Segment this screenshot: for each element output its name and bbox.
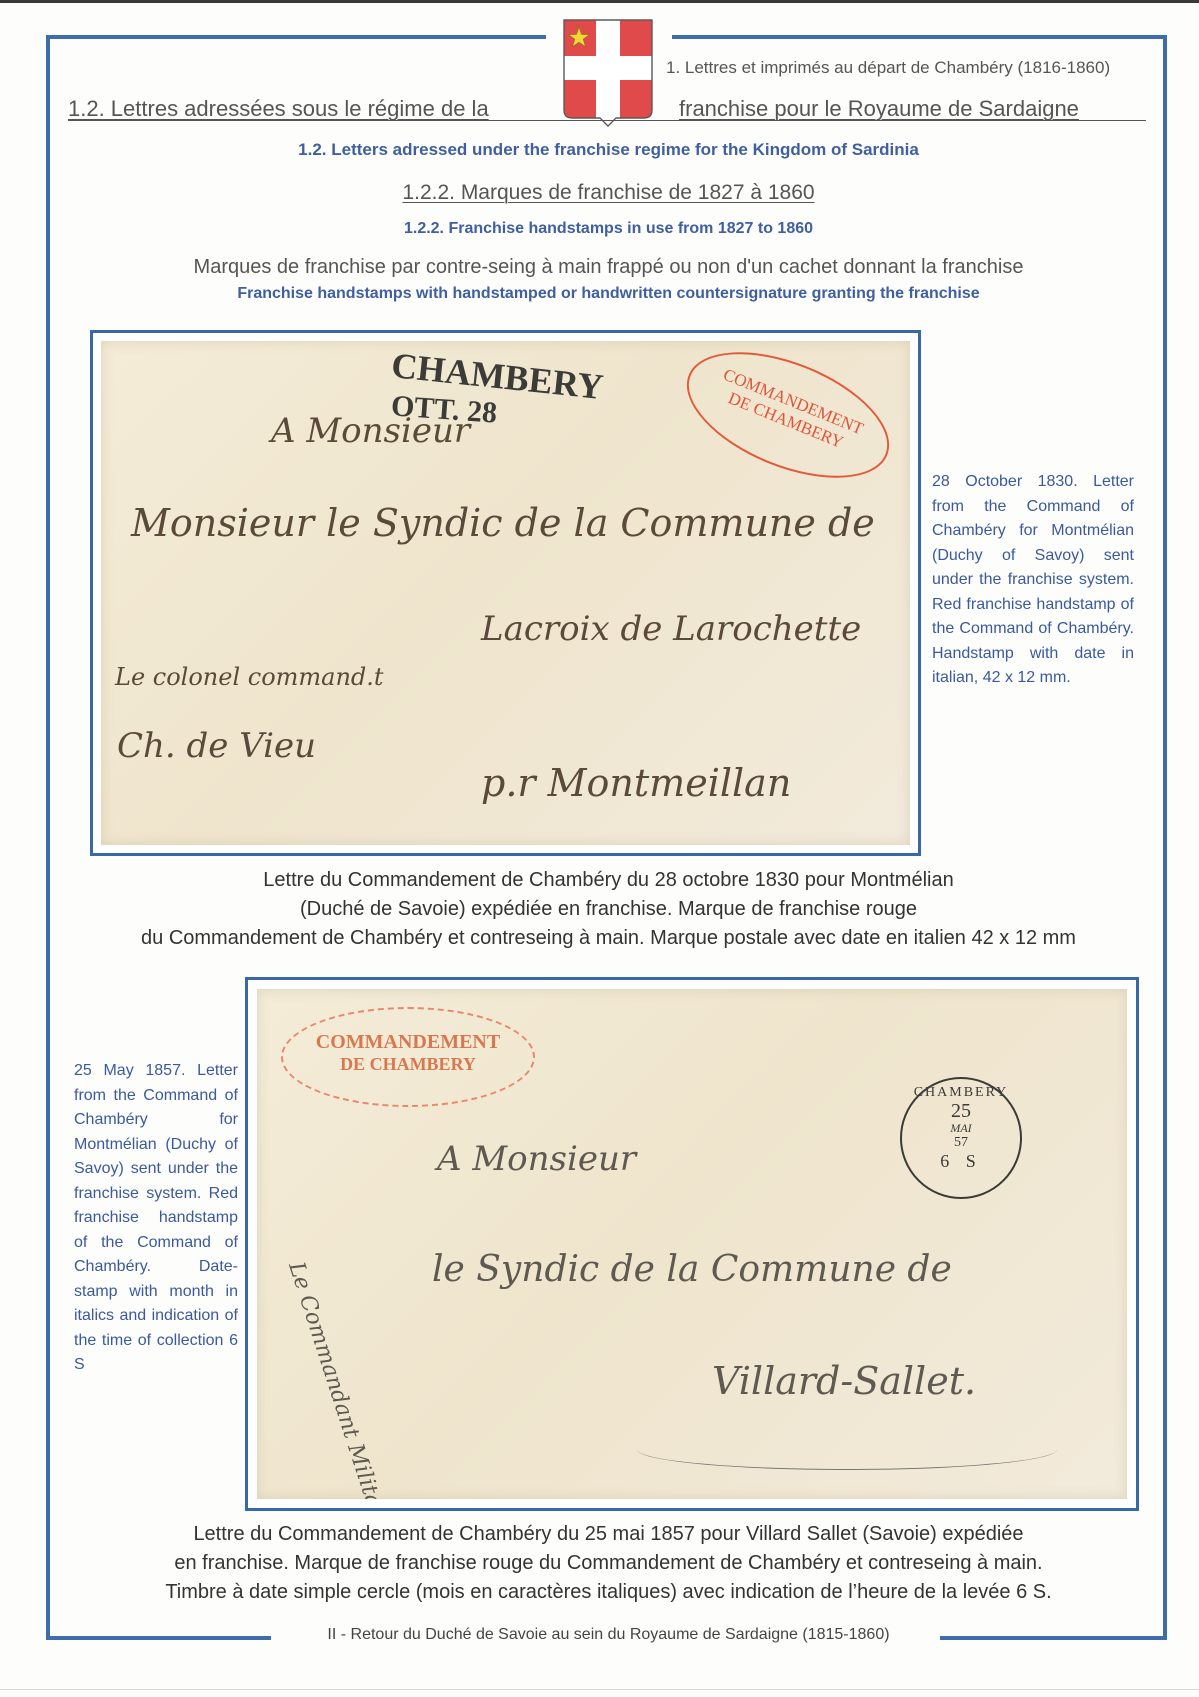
address-line: Villard-Sallet. <box>712 1359 976 1403</box>
caption-line: en franchise. Marque de franchise rouge … <box>18 1549 1199 1578</box>
subsection-title-fr: 1.2.2. Marques de franchise de 1827 à 18… <box>0 181 1199 205</box>
address-line: p.r Montmeillan <box>481 761 791 805</box>
address-line: A Monsieur <box>437 1139 636 1179</box>
franchise-stamp-line1: COMMANDEMENT <box>283 1031 533 1054</box>
countersignature-line: Le Commandant Militaire <box>283 1259 395 1499</box>
datestamp-circle: CHAMBERY 25 MAI 57 6 S <box>900 1077 1022 1199</box>
datestamp-town: CHAMBERY <box>902 1085 1020 1101</box>
page-footer: II - Retour du Duché de Savoie au sein d… <box>0 1626 1199 1644</box>
letter-2-frame: COMMANDEMENT DE CHAMBERY CHAMBERY 25 MAI… <box>245 977 1139 1511</box>
scan-edge <box>0 1689 1199 1690</box>
letter-2-caption: Lettre du Commandement de Chambéry du 25… <box>0 1520 1199 1607</box>
letter-1-cover: CHAMBERY OTT. 28 COMMANDEMENT DE CHAMBER… <box>101 341 910 845</box>
savoy-coat-of-arms-icon <box>562 18 654 132</box>
series-title: 1. Lettres et imprimés au départ de Cham… <box>666 58 1110 78</box>
datestamp-time: 6 S <box>902 1151 1020 1171</box>
franchise-handstamp-red: COMMANDEMENT DE CHAMBERY <box>281 1007 535 1107</box>
letter-1-frame: CHAMBERY OTT. 28 COMMANDEMENT DE CHAMBER… <box>90 330 921 856</box>
letter-1-caption: Lettre du Commandement de Chambéry du 28… <box>0 866 1199 953</box>
caption-line: Lettre du Commandement de Chambéry du 25… <box>18 1520 1199 1549</box>
frame-top-right <box>672 35 1167 39</box>
subsection-title-en: 1.2.2. Franchise handstamps in use from … <box>0 220 1199 238</box>
frame-top-left <box>46 35 546 39</box>
section-title-fr-part2: franchise pour le Royaume de Sardaigne <box>679 96 1079 122</box>
caption-line: du Commandement de Chambéry et contresei… <box>18 924 1199 953</box>
description-en: Franchise handstamps with handstamped or… <box>0 285 1199 303</box>
description-fr: Marques de franchise par contre-seing à … <box>0 256 1199 279</box>
caption-line: Lettre du Commandement de Chambéry du 28… <box>18 866 1199 895</box>
letter-2-side-note: 25 May 1857. Letter from the Command of … <box>74 1059 238 1378</box>
title-underline <box>68 120 1146 121</box>
section-title-en: 1.2. Letters adressed under the franchis… <box>0 140 1199 160</box>
address-line: Monsieur le Syndic de la Commune de <box>131 501 875 545</box>
flourish <box>637 1429 1057 1470</box>
datestamp-day: 25 <box>902 1101 1020 1121</box>
address-line: A Monsieur <box>271 411 470 451</box>
datestamp-month: MAI <box>902 1121 1020 1135</box>
letter-2-cover: COMMANDEMENT DE CHAMBERY CHAMBERY 25 MAI… <box>257 989 1127 1499</box>
datestamp-year: 57 <box>902 1135 1020 1151</box>
franchise-stamp-line2: DE CHAMBERY <box>283 1054 533 1075</box>
countersignature-line: Le colonel command.t <box>115 663 384 691</box>
address-line: le Syndic de la Commune de <box>432 1249 952 1290</box>
countersignature-line: Ch. de Vieu <box>117 726 316 766</box>
address-line: Lacroix de Larochette <box>481 609 861 649</box>
letter-1-side-note: 28 October 1830. Letter from the Command… <box>932 470 1134 691</box>
franchise-handstamp-red: COMMANDEMENT DE CHAMBERY <box>669 341 906 503</box>
scan-edge <box>0 0 1199 3</box>
section-title-fr-part1: 1.2. Lettres adressées sous le régime de… <box>68 96 489 122</box>
caption-line: Timbre à date simple cercle (mois en car… <box>18 1578 1199 1607</box>
subsection-title-fr-text: 1.2.2. Marques de franchise de 1827 à 18… <box>402 181 814 204</box>
caption-line: (Duché de Savoie) expédiée en franchise.… <box>18 895 1199 924</box>
